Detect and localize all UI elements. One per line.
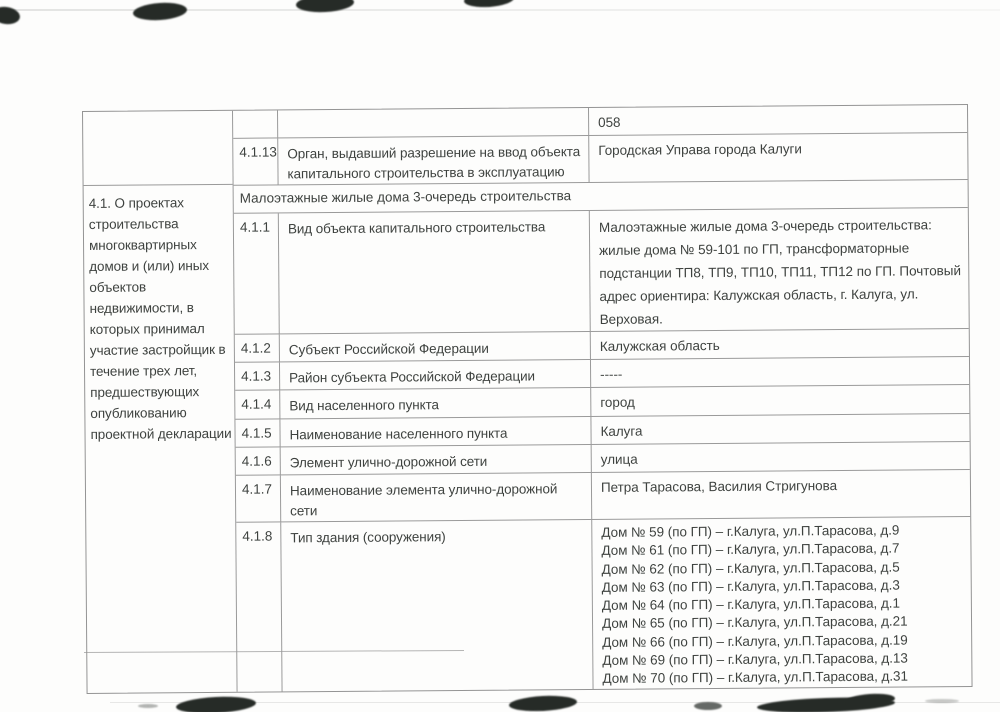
- row-value-cell: Петра Тарасова, Василия Стригунова: [592, 470, 970, 519]
- row-label-cell: Вид населенного пункта: [280, 388, 591, 418]
- row-number-cell: 4.1.7: [236, 475, 281, 521]
- row-number-cell: 4.1.4: [235, 390, 280, 418]
- left-empty-cell: [83, 111, 233, 186]
- row-label-cell: Субъект Российской Федерации: [280, 332, 591, 361]
- row-label-cell: Тип здания (сооружения): [281, 520, 593, 691]
- row-label-cell: Вид объекта капитального строительства: [279, 211, 591, 333]
- row-value-cell: 058: [589, 105, 967, 135]
- row-number-cell: 4.1.8: [236, 522, 282, 691]
- table-row-4-1-13: 4.1.13 Орган, выдавший разрешение на вво…: [233, 133, 967, 186]
- section-4-1-header: 4.1. О проектах строительства многокварт…: [84, 185, 237, 693]
- declaration-table: 4.1. О проектах строительства многокварт…: [82, 104, 973, 694]
- row-label-cell: Орган, выдавший разрешение на ввод объек…: [278, 136, 589, 184]
- row-label-cell: Элемент улично-дорожной сети: [281, 445, 592, 474]
- row-label-cell: Наименование населенного пункта: [280, 417, 591, 446]
- row-value-cell: улица: [592, 442, 970, 472]
- row-number-cell: [233, 110, 278, 137]
- table-row-4-1-1: 4.1.1 Вид объекта капитального строитель…: [234, 208, 969, 335]
- ink-smudge: [464, 0, 515, 9]
- group-header-label: Малоэтажные жилые дома 3-очередь строите…: [234, 180, 968, 213]
- row-number-cell: 4.1.2: [235, 334, 280, 361]
- row-number-cell: 4.1.13: [233, 138, 278, 184]
- row-value-cell: -----: [591, 357, 969, 387]
- table-row-4-1-8: 4.1.8 Тип здания (сооружения) Дом № 59 (…: [236, 517, 971, 692]
- row-label-cell: Наименование элемента улично-дорожной се…: [281, 473, 592, 521]
- ink-smudge: [138, 704, 158, 708]
- ink-smudge: [296, 0, 355, 14]
- row-label-cell: [278, 108, 589, 137]
- row-value-cell: Калуга: [591, 414, 969, 444]
- row-number-cell: 4.1.6: [236, 447, 281, 474]
- row-number-cell: 4.1.3: [235, 362, 280, 389]
- table-row-4-1-7: 4.1.7 Наименование элемента улично-дорож…: [236, 470, 970, 523]
- row-value-cell: Калужская область: [591, 329, 969, 359]
- ink-smudge: [694, 702, 722, 710]
- ink-smudge: [176, 695, 257, 712]
- row-value-cell: город: [591, 385, 969, 416]
- table-rows: 058 4.1.13 Орган, выдавший разрешение на…: [233, 105, 972, 692]
- scanned-document-page: 4.1. О проектах строительства многокварт…: [0, 0, 1000, 712]
- row-value-cell: Дом № 59 (по ГП) – г.Калуга, ул.П.Тарасо…: [592, 517, 971, 689]
- ink-smudge: [132, 1, 187, 22]
- section-left-column: 4.1. О проектах строительства многокварт…: [83, 111, 238, 693]
- row-value-cell: Малоэтажные жилые дома 3-очередь строите…: [590, 208, 969, 331]
- row-number-cell: 4.1.5: [235, 419, 280, 446]
- row-label-cell: Район субъекта Российской Федерации: [280, 360, 591, 389]
- ink-smudge: [509, 694, 578, 712]
- row-number-cell: 4.1.1: [234, 213, 280, 333]
- ink-smudge: [925, 699, 959, 703]
- row-value-cell: Городская Управа города Калуги: [589, 133, 967, 182]
